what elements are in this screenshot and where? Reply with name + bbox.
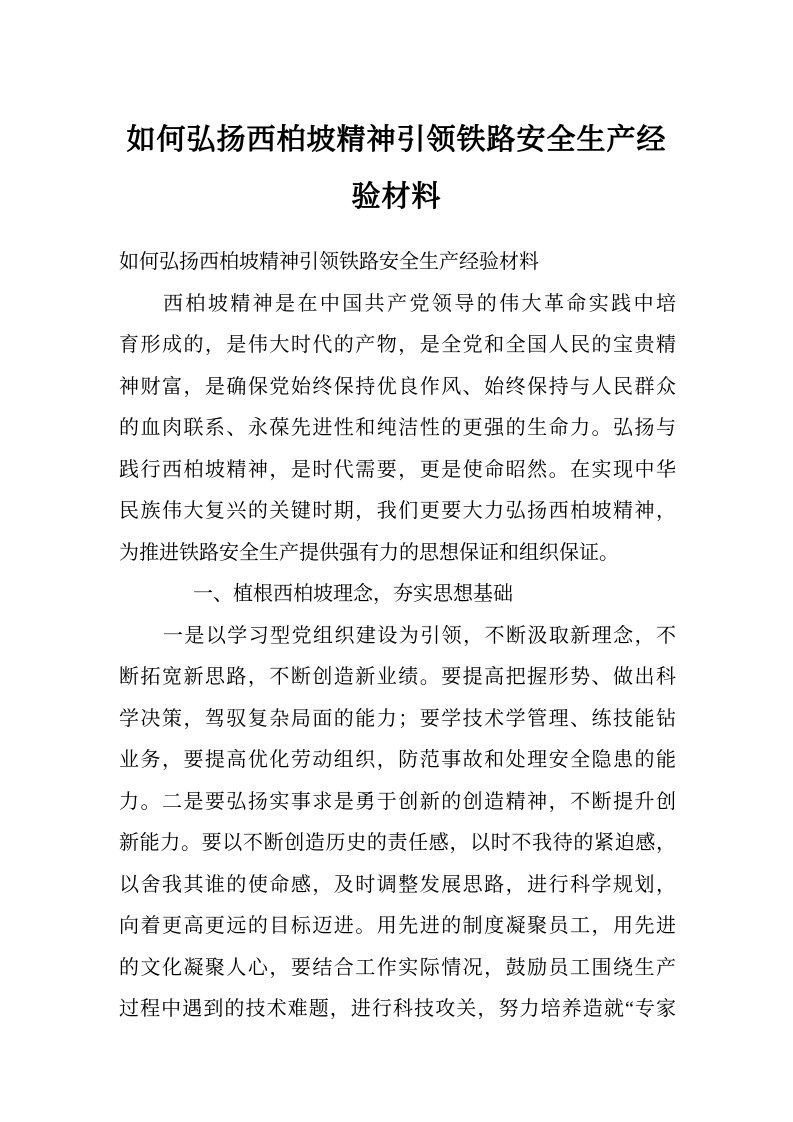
text-line: 向着更高更远的目标迈进。用先进的制度凝聚员工，用先进: [119, 906, 676, 948]
text-line: 践行西柏坡精神，是时代需要，更是使命昭然。在实现中华: [119, 450, 676, 492]
text-line: 为推进铁路安全生产提供强有力的思想保证和组织保证。: [119, 533, 676, 575]
text-line: 新能力。要以不断创造历史的责任感，以时不我待的紧迫感，: [119, 823, 676, 865]
text-line: 一、植根西柏坡理念，夯实思想基础: [119, 574, 676, 616]
document-title: 如何弘扬西柏坡精神引领铁路安全生产经验材料: [0, 112, 793, 226]
text-line: 民族伟大复兴的关键时期，我们更要大力弘扬西柏坡精神，: [119, 491, 676, 533]
text-line: 以舍我其谁的使命感，及时调整发展思路，进行科学规划，: [119, 865, 676, 907]
text-line: 的文化凝聚人心，要结合工作实际情况，鼓励员工围绕生产: [119, 948, 676, 990]
title-line: 验材料: [0, 169, 793, 226]
text-line: 如何弘扬西柏坡精神引领铁路安全生产经验材料: [119, 242, 676, 284]
document-page: 如何弘扬西柏坡精神引领铁路安全生产经验材料 如何弘扬西柏坡精神引领铁路安全生产经…: [0, 0, 793, 1122]
document-body: 如何弘扬西柏坡精神引领铁路安全生产经验材料西柏坡精神是在中国共产党领导的伟大革命…: [119, 242, 676, 1031]
text-line: 一是以学习型党组织建设为引领，不断汲取新理念，不: [119, 616, 676, 658]
title-line: 如何弘扬西柏坡精神引领铁路安全生产经: [0, 112, 793, 169]
text-line: 神财富，是确保党始终保持优良作风、始终保持与人民群众: [119, 367, 676, 409]
text-line: 力。二是要弘扬实事求是勇于创新的创造精神，不断提升创: [119, 782, 676, 824]
text-line: 的血肉联系、永葆先进性和纯洁性的更强的生命力。弘扬与: [119, 408, 676, 450]
text-line: 断拓宽新思路，不断创造新业绩。要提高把握形势、做出科: [119, 657, 676, 699]
text-line: 育形成的，是伟大时代的产物，是全党和全国人民的宝贵精: [119, 325, 676, 367]
text-line: 过程中遇到的技术难题，进行科技攻关，努力培养造就“专家: [119, 989, 676, 1031]
text-line: 学决策，驾驭复杂局面的能力；要学技术学管理、练技能钻: [119, 699, 676, 741]
text-line: 西柏坡精神是在中国共产党领导的伟大革命实践中培: [119, 284, 676, 326]
text-line: 业务，要提高优化劳动组织，防范事故和处理安全隐患的能: [119, 740, 676, 782]
